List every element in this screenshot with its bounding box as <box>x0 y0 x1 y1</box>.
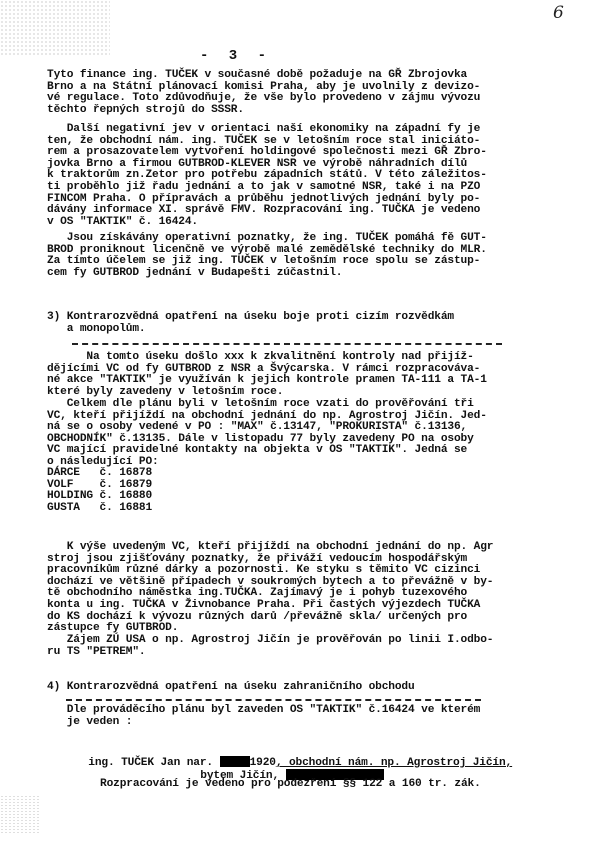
text-line: je veden : <box>47 717 567 729</box>
po-list-item: GUSTA č. 16881 <box>47 503 567 515</box>
text-line: které byly zavedeny v letošním roce. <box>47 387 567 399</box>
text-line: a monopolům. <box>47 324 454 336</box>
text-line: v OS "TAKTIK" č. 16424. <box>47 217 567 229</box>
text-line: Jsou získávány operativní poznatky, že i… <box>47 233 567 245</box>
text-line: dávány informace XI. správě FMV. Rozprac… <box>47 205 567 217</box>
scan-noise <box>0 0 110 55</box>
typed-page-number: - 3 - <box>200 48 272 64</box>
text-line: K výše uvedeným VC, kteří přijíždí na ob… <box>47 542 567 554</box>
section-4-heading: 4) Kontrarozvědná opatření na úseku zahr… <box>47 682 415 694</box>
closing-line: Rozpracování je vedeno pro podezření §§ … <box>100 779 591 791</box>
paragraph-1: Tyto finance ing. TUČEK v současné době … <box>47 70 567 116</box>
text-line: Celkem dle plánu byli v letošním roce vz… <box>47 399 567 411</box>
scan-noise <box>0 795 40 835</box>
text-line: Dle prováděcího plánu byl zaveden OS "TA… <box>47 705 567 717</box>
text-line: Zájem ZÚ USA o np. Agrostroj Jičín je pr… <box>47 635 567 647</box>
po-list: DÁRCE č. 16878VOLF č. 16879HOLDING č. 16… <box>47 468 567 514</box>
text-line: ti proběhlo již řadu jednání a to jak v … <box>47 182 567 194</box>
section-3-paragraph-3: K výše uvedeným VC, kteří přijíždí na ob… <box>47 542 567 635</box>
po-list-item: DÁRCE č. 16878 <box>47 468 567 480</box>
handwritten-page-number: 6 <box>553 3 564 23</box>
text-line: těchto řepných strojů do SSSR. <box>47 105 567 117</box>
document-page: 6 - 3 - Tyto finance ing. TUČEK v součas… <box>0 0 591 857</box>
text-line: Na tomto úseku došlo xxx k zkvalitnění k… <box>47 352 567 364</box>
text-line: konta u ing. TUČKA v Živnobance Praha. P… <box>47 600 567 612</box>
text-line: cem fy GUTBROD jednání v Budapešti zúčas… <box>47 268 567 280</box>
heading-underline <box>66 699 481 701</box>
heading-underline <box>72 343 502 345</box>
section-3-paragraph-1: Na tomto úseku došlo xxx k zkvalitnění k… <box>47 352 567 398</box>
text-line: 3) Kontrarozvědná opatření na úseku boje… <box>47 312 454 324</box>
section-3-paragraph-4: Zájem ZÚ USA o np. Agrostroj Jičín je pr… <box>47 635 567 658</box>
paragraph-3: Jsou získávány operativní poznatky, že i… <box>47 233 567 279</box>
section-3-heading: 3) Kontrarozvědná opatření na úseku boje… <box>47 312 454 335</box>
text-line: Další negativní jev v orientaci naší eko… <box>47 124 567 136</box>
section-3-paragraph-2: Celkem dle plánu byli v letošním roce vz… <box>47 399 567 469</box>
paragraph-2: Další negativní jev v orientaci naší eko… <box>47 124 567 228</box>
text-line: ru TS "PETREM". <box>47 647 567 659</box>
text-line: Tyto finance ing. TUČEK v současné době … <box>47 70 567 82</box>
text-line: zástupce fy GUTBROD. <box>47 623 567 635</box>
section-4-paragraph-1: Dle prováděcího plánu byl zaveden OS "TA… <box>47 705 567 728</box>
